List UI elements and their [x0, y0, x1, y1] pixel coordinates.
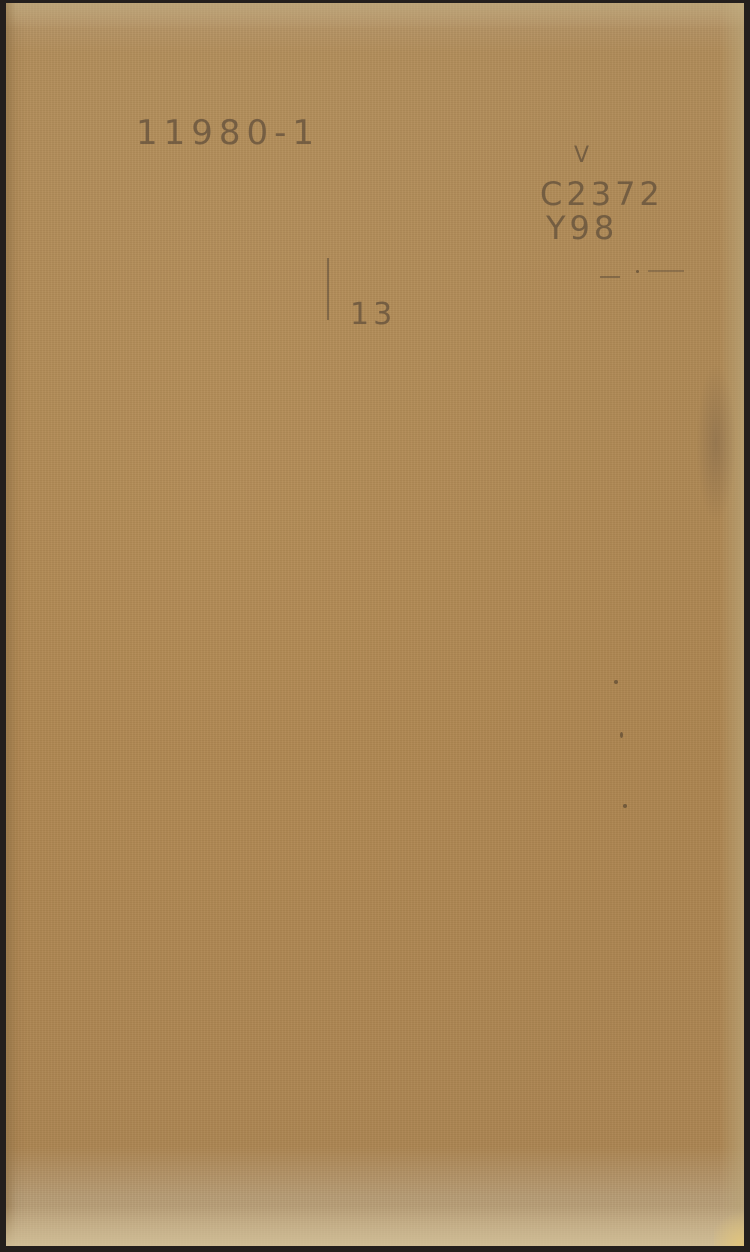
left-edge	[6, 3, 16, 1246]
image-stage: 11980-1 V C2372 Y98 13	[0, 0, 750, 1252]
speck-mark	[614, 680, 618, 684]
pencil-dash-mark	[600, 276, 620, 278]
call-number-line1-annotation: C2372	[540, 178, 664, 210]
right-edge-wear	[720, 3, 744, 1246]
bottom-edge-wear	[6, 1206, 744, 1246]
water-stain	[696, 363, 736, 523]
accession-number-annotation: 11980-1	[136, 116, 320, 150]
speck-mark	[623, 804, 627, 808]
corner-stain	[714, 1206, 744, 1246]
center-number-annotation: 13	[350, 300, 396, 330]
pencil-vertical-stroke	[327, 258, 329, 320]
top-edge-wear	[6, 3, 744, 29]
pencil-dash-mark	[648, 270, 684, 272]
check-mark-annotation: V	[574, 145, 592, 167]
speck-mark	[636, 270, 639, 273]
speck-mark	[620, 732, 623, 738]
call-number-line2-annotation: Y98	[546, 212, 618, 244]
